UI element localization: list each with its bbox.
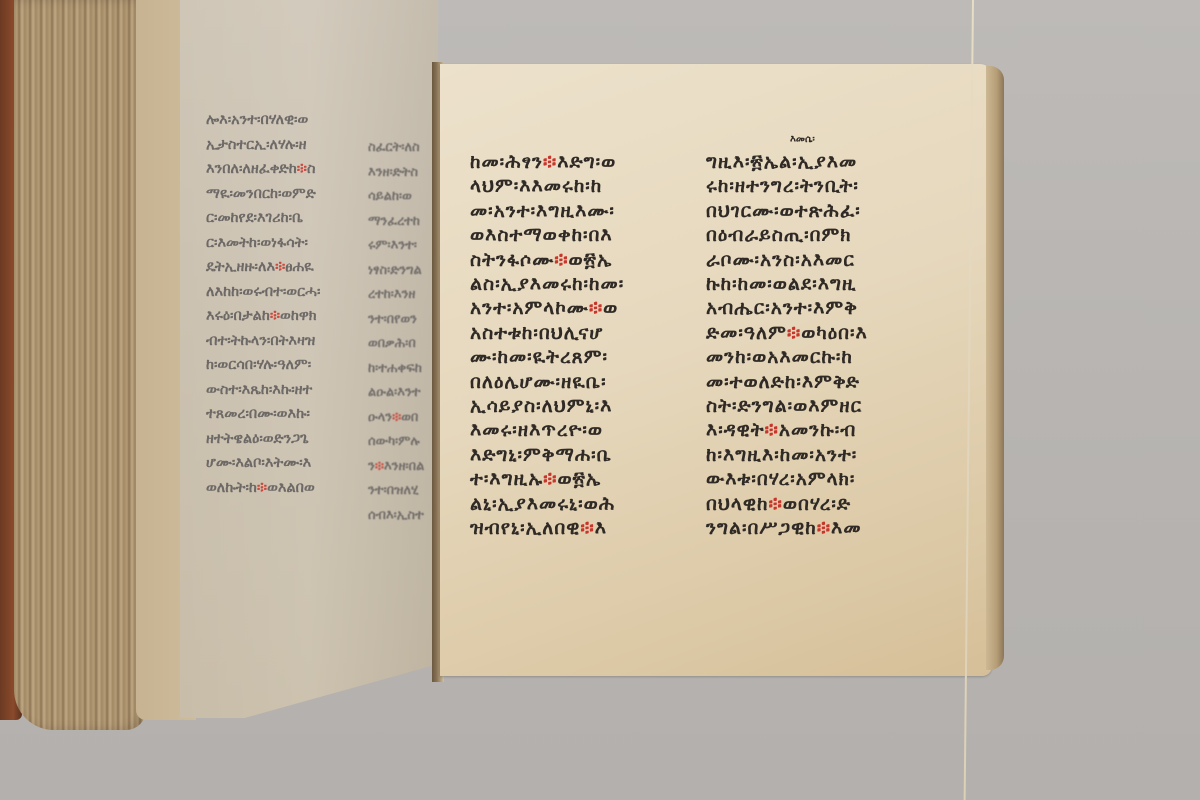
- text-line: እንዘ፡ድትስ: [368, 161, 436, 186]
- text-line: ውእቱ፡በሃረ፡አምላክ፡: [706, 467, 868, 491]
- text-line: መ፡አንተ፡እግዚእሙ፡: [470, 199, 624, 223]
- text-line: አንተ፡አምላኮሙ፨ወ: [470, 296, 624, 320]
- text-line: ኢታስተርኢ፡ለሃሉ፡ዘ: [206, 133, 320, 158]
- text-line: ኩከ፡ከመ፡ወልደ፡እግዚ: [706, 272, 868, 296]
- text-line: ማንፈረተከ: [368, 210, 436, 235]
- text-line: ን፨እንዘ፡በል: [368, 455, 436, 480]
- text-line: ለእከከ፡ወሩብተ፡ወርሓ፡: [206, 280, 320, 305]
- text-line: ልስ፡ኢያእመሩከ፡ከመ፡: [470, 272, 624, 296]
- text-line: እድግኒ፡ምቅማሐ፡ቤ: [470, 443, 624, 467]
- text-line: ከ፡ወርሳበ፡ሃሉ፡ዓለም፡: [206, 353, 320, 378]
- text-line: እንበለ፡ለዘፈቀድከ፨ስ: [206, 157, 320, 182]
- text-line: እሩዕ፡በታልከ፨ወከዋክ: [206, 304, 320, 329]
- text-line: ሳይልከ፡ወ: [368, 185, 436, 210]
- text-line: ወበቃሕ፡በ: [368, 332, 436, 357]
- text-line: ማዪ፡መንበርከ፡ወምድ: [206, 182, 320, 207]
- text-line: በህገርሙ፡ወተጽሕፈ፡: [706, 199, 868, 223]
- text-line: ራቦሙ፡አንስ፡አእመር: [706, 248, 868, 272]
- text-line: ንተ፡በየወን: [368, 308, 436, 333]
- text-line: ድመ፡ዓለም፨ወካዕበ፡እ: [706, 321, 868, 345]
- text-line: ሎእ፡አንተ፡በሃለዊ፡ወ: [206, 108, 320, 133]
- text-line: አብሔር፡አንተ፡እምቅ: [706, 296, 868, 320]
- text-line: ሩከ፡ዘተንግረ፡ትንቢት፡: [706, 174, 868, 198]
- text-line: ልኒ፡ኢያእመሩኒ፡ወሕ: [470, 492, 624, 516]
- text-line: ግዚእ፡፳ኤል፡ኢያእመ: [706, 150, 868, 174]
- right-page-column-2: ግዚእ፡፳ኤል፡ኢያእመ ሩከ፡ዘተንግረ፡ትንቢት፡ በህገርሙ፡ወተጽሕፈ፡…: [706, 150, 868, 541]
- text-line: ከ፡እግዚእ፡ከመ፡አንተ፡: [706, 443, 868, 467]
- text-line: ዘተትዌልዕ፡ወድንጋጌ: [206, 427, 320, 452]
- text-line: ዑላን፨ወበ: [368, 406, 436, 431]
- text-line: ሰውካ፡ምሉ: [368, 430, 436, 455]
- left-page-column-2: ስፈርት፡ለስ እንዘ፡ድትስ ሳይልከ፡ወ ማንፈረተከ ሩም፡እንተ፡ ነፃ…: [368, 136, 436, 528]
- text-line: እመሩ፡ዘእጥረዮ፡ወ: [470, 418, 624, 442]
- text-line: ር፡መከየደ፡እገሪከ፡ቤ: [206, 206, 320, 231]
- right-page-column-1: ከመ፡ሕፃን፨እድግ፡ወ ላህም፡እእመሩከ፡ከ መ፡አንተ፡እግዚእሙ፡ ወእ…: [470, 150, 624, 541]
- text-line: ሙ፡ከመ፡ዪትረጸም፡: [470, 345, 624, 369]
- text-line: ዴትኢዘዙ፡ለእ፨ፀሐዪ: [206, 255, 320, 280]
- text-line: ላህም፡እእመሩከ፡ከ: [470, 174, 624, 198]
- text-line: እ፡ዳዊት፨አመንኩ፡ብ: [706, 418, 868, 442]
- text-line: ስት፡ድንግል፡ወእምዘር: [706, 394, 868, 418]
- right-cover-edge: [986, 66, 1004, 670]
- text-line: ተጸመረ፡በሙ፡ወእኩ፡: [206, 402, 320, 427]
- text-line: ውስተ፡እጼከ፡እኩ፡ዘተ: [206, 378, 320, 403]
- text-line: መንከ፡ወአእመርኩ፡ከ: [706, 345, 868, 369]
- text-line: ሩም፡እንተ፡: [368, 234, 436, 259]
- left-page-column-1: ሎእ፡አንተ፡በሃለዊ፡ወ ኢታስተርኢ፡ለሃሉ፡ዘ እንበለ፡ለዘፈቀድከ፨ስ…: [206, 108, 320, 500]
- text-line: ወእስተማወቀከ፡በእ: [470, 223, 624, 247]
- text-line: በህላዊከ፨ወበሃረ፡ድ: [706, 492, 868, 516]
- text-line: ኢሳይያስ፡ለህምኒ፡እ: [470, 394, 624, 418]
- text-line: በለዕሌሆሙ፡ዘዪቤ፡: [470, 370, 624, 394]
- text-line: ልዑል፡እንተ: [368, 381, 436, 406]
- text-line: በዕብራይስጢ፡በምክ: [706, 223, 868, 247]
- text-line: ነፃስ፡ድንግል: [368, 259, 436, 284]
- text-line: ስትንፋሶሙ፨ወ፳ኤ: [470, 248, 624, 272]
- text-line: ንተ፡በዝለሂ: [368, 479, 436, 504]
- text-line: ወለኩት፡ከ፨ወእልበወ: [206, 476, 320, 501]
- text-line: ር፡እመትከ፡ወነፋሳት፡: [206, 231, 320, 256]
- text-line: ከ፡ተሐቀፍከ: [368, 357, 436, 382]
- text-line: ስፈርት፡ለስ: [368, 136, 436, 161]
- text-line: ንግል፡በሥጋዊከ፨እመ: [706, 516, 868, 540]
- text-line: ሆሙ፡እልቦ፡እትሙ፡እ: [206, 451, 320, 476]
- text-line: ብተ፡ትኩላን፡በትእዛዝ: [206, 329, 320, 354]
- text-line: መ፡ተወለድከ፡እምቅድ: [706, 370, 868, 394]
- page-fore-edge: [14, 0, 146, 730]
- text-line: ረተከ፡እንዘ: [368, 283, 436, 308]
- text-line: ከመ፡ሕፃን፨እድግ፡ወ: [470, 150, 624, 174]
- interlinear-note: እመሴ፡: [790, 134, 815, 145]
- text-line: ተ፡እግዚኡ፨ወ፳ኤ: [470, 467, 624, 491]
- text-line: ዝብየኒ፡ኢለበዊ፨እ: [470, 516, 624, 540]
- text-line: ሰብእ፡ኢስተ: [368, 504, 436, 529]
- text-line: አስተቱከ፡በህሊናሆ: [470, 321, 624, 345]
